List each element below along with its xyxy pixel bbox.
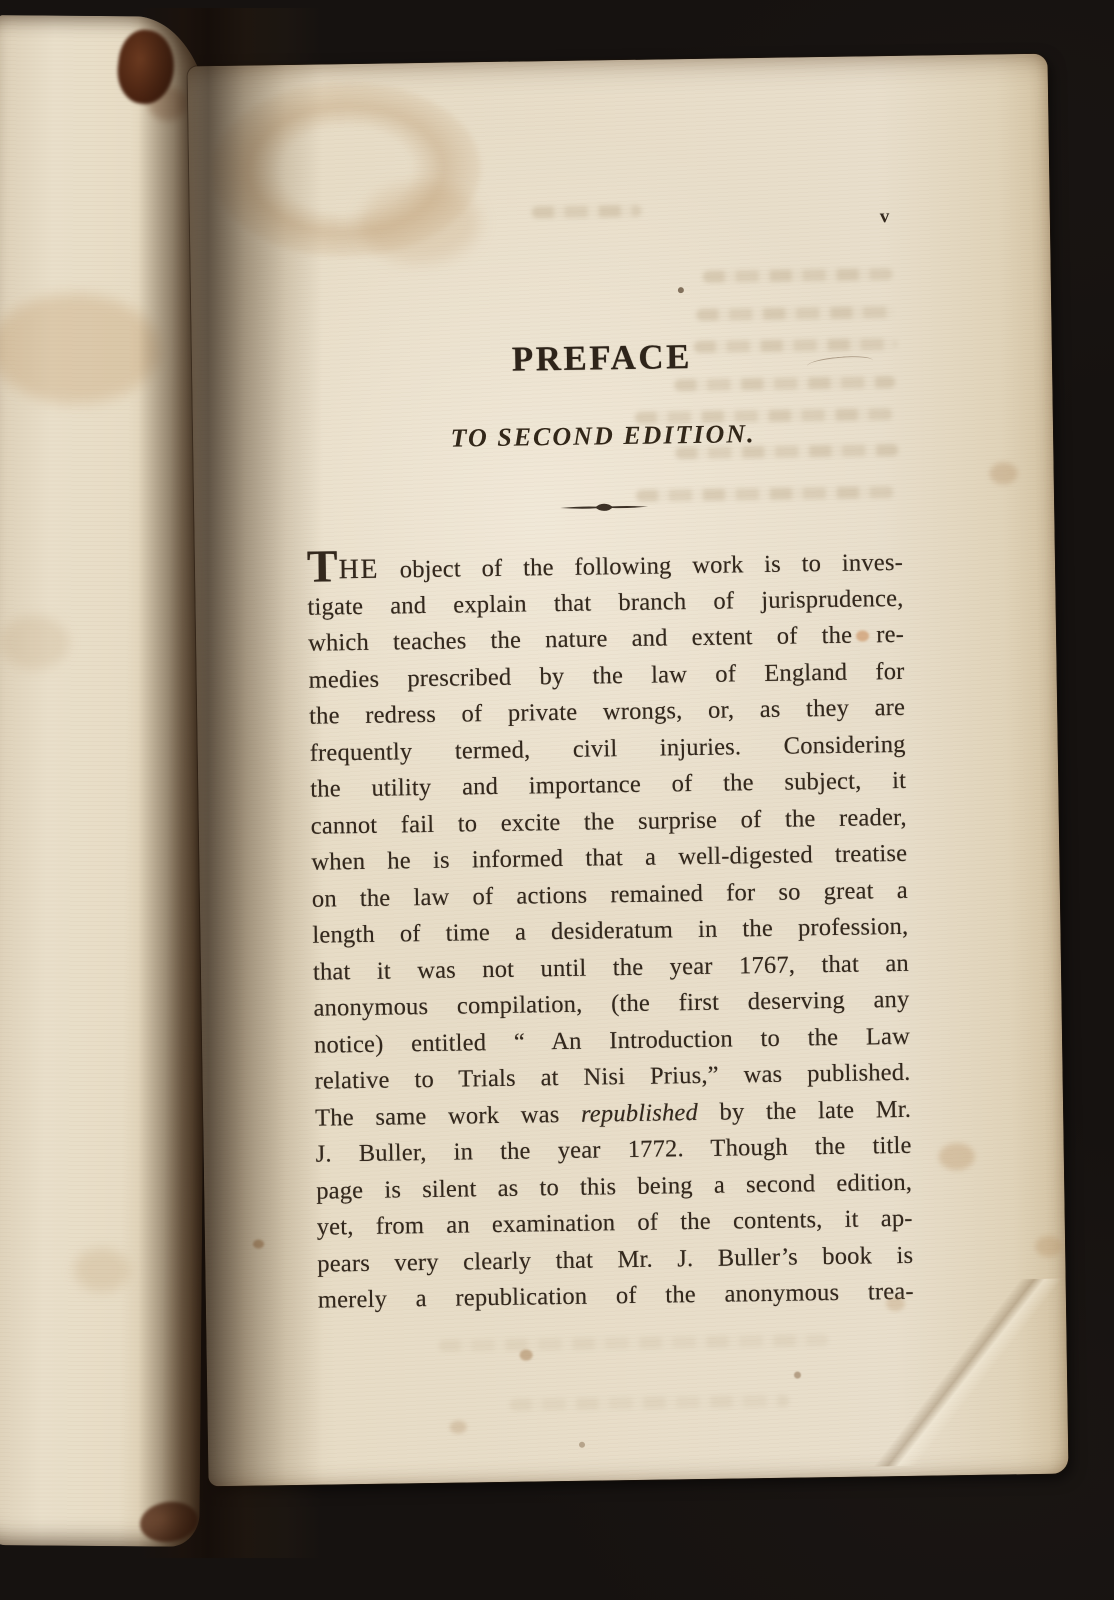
small-caps: HE <box>338 554 379 586</box>
stain <box>794 1372 801 1379</box>
book-photo: v PREFACE TO SECOND EDITION. THE object … <box>0 0 1114 1600</box>
divider-ornament <box>306 496 902 524</box>
stain <box>74 1248 130 1292</box>
preface-text: THE object of the following work is to i… <box>307 544 914 1319</box>
stain <box>359 182 480 264</box>
printer-rule-icon <box>558 500 650 515</box>
drop-cap: T <box>307 540 339 591</box>
show-through-line <box>696 306 894 321</box>
book-page: v PREFACE TO SECOND EDITION. THE object … <box>188 54 1069 1487</box>
stain <box>0 293 160 404</box>
stain <box>989 462 1017 484</box>
page-number: v <box>880 206 891 228</box>
edition-subtitle: TO SECOND EDITION. <box>305 414 901 459</box>
stain <box>253 1239 264 1248</box>
stain <box>579 1442 585 1448</box>
stain <box>210 80 483 259</box>
preface-title: PREFACE <box>304 332 901 385</box>
show-through-line <box>438 1334 828 1352</box>
stain <box>1035 1236 1062 1257</box>
show-through-line <box>532 205 642 219</box>
stain <box>520 1349 533 1360</box>
text-line: merely a republication of the anonymous … <box>318 1274 914 1319</box>
stain <box>450 1420 467 1433</box>
show-through-line <box>703 268 893 283</box>
left-page-stack <box>0 15 213 1547</box>
italic-word: republished <box>581 1099 698 1128</box>
line-text: by the late Mr. <box>698 1095 912 1125</box>
show-through-line <box>509 1395 789 1411</box>
line-text: The same work was <box>315 1100 581 1131</box>
stain <box>678 287 684 293</box>
stain <box>0 615 69 670</box>
stain <box>939 1143 975 1171</box>
line-text: object of the following work is to inves… <box>379 549 903 584</box>
